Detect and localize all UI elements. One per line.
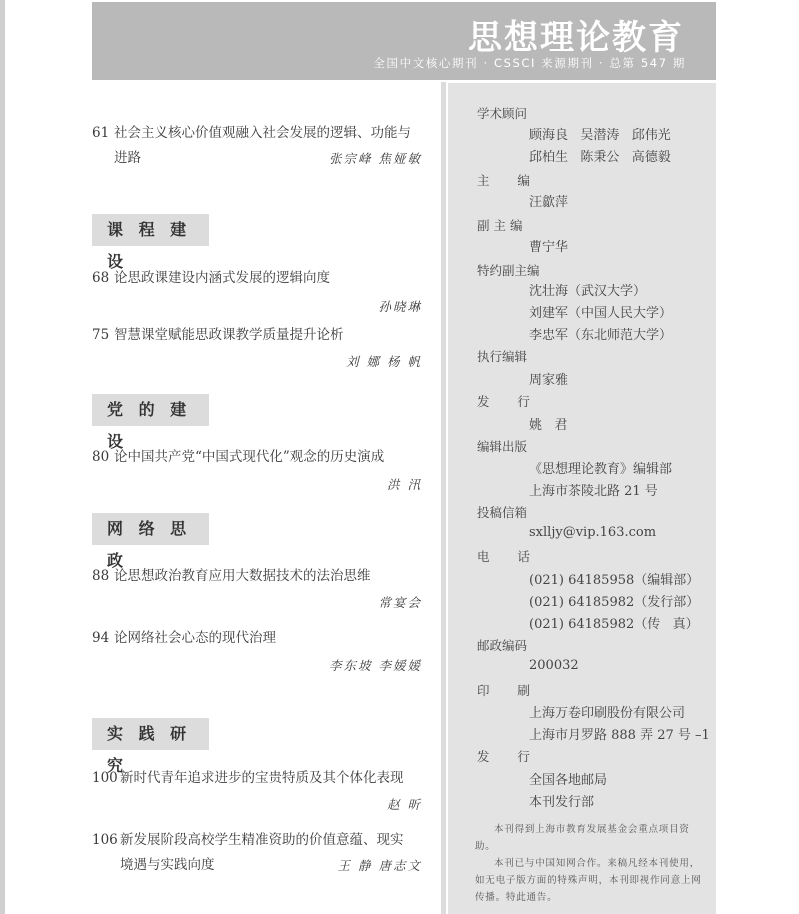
- postcode: 200032: [529, 658, 579, 673]
- notice-text: 本刊得到上海市教育发展基金会重点项目资助。 本刊已与中国知网合作。来稿凡经本刊使…: [475, 821, 703, 906]
- article-title: 新发展阶段高校学生精准资助的价值意蕴、现实: [120, 828, 434, 853]
- toc-article[interactable]: 68 论思政课建设内涵式发展的逻辑向度 孙晓琳: [92, 266, 428, 316]
- journal-title: 思想理论教育: [468, 10, 684, 59]
- article-page: 75: [92, 323, 109, 348]
- article-title: 社会主义核心价值观融入社会发展的逻辑、功能与: [114, 121, 428, 146]
- deputy-editor: 曹宁华: [529, 236, 568, 255]
- section-heading: 实 践 研 究: [92, 718, 209, 750]
- article-authors: 赵 昕: [387, 792, 422, 817]
- advisors-line: 顾海良 吴潜涛 邱伟光: [529, 124, 671, 143]
- article-authors: 王 静 唐志文: [338, 853, 422, 878]
- article-title-cont: 境遇与实践向度: [120, 853, 215, 878]
- article-page: 80: [92, 445, 109, 470]
- column-divider: [441, 82, 446, 914]
- advisors-line: 邱柏生 陈秉公 高德毅: [529, 146, 671, 165]
- article-page: 88: [92, 564, 109, 589]
- chief-editor: 汪歙萍: [529, 191, 568, 210]
- submission-email[interactable]: sxlljy@vip.163.com: [529, 525, 656, 540]
- edit-publish: 《思想理论教育》编辑部: [529, 458, 672, 477]
- page-edge: [0, 0, 5, 914]
- article-authors: 孙晓琳: [378, 294, 422, 319]
- table-of-contents: 61 社会主义核心价值观融入社会发展的逻辑、功能与 进路 张宗峰 焦娅敏 课 程…: [92, 80, 428, 914]
- toc-article[interactable]: 94 论网络社会心态的现代治理 李东坡 李媛媛: [92, 626, 428, 676]
- distribution: 本刊发行部: [529, 791, 594, 810]
- publisher-label: 发 行: [477, 392, 530, 410]
- article-title: 论思想政治教育应用大数据技术的法治思维: [114, 564, 428, 589]
- article-authors: 洪 汛: [387, 472, 422, 497]
- article-authors: 刘 娜 杨 帆: [346, 349, 422, 374]
- advisors-label: 学术顾问: [477, 104, 527, 122]
- exec-editor-label: 执行编辑: [477, 347, 527, 365]
- article-title: 新时代青年追求进步的宝贵特质及其个体化表现: [120, 766, 434, 791]
- edit-publish-label: 编辑出版: [477, 437, 527, 455]
- article-authors: 张宗峰 焦娅敏: [329, 146, 422, 171]
- toc-article[interactable]: 75 智慧课堂赋能思政课教学质量提升论析 刘 娜 杨 帆: [92, 323, 428, 373]
- journal-subtitle: 全国中文核心期刊 · CSSCI 来源期刊 · 总第 547 期: [373, 55, 686, 71]
- deputy-editor-label: 副 主 编: [477, 216, 522, 234]
- special-deputy-label: 特约副主编: [477, 261, 540, 279]
- notice-funding: 本刊得到上海市教育发展基金会重点项目资助。: [475, 821, 703, 855]
- article-page: 94: [92, 626, 109, 651]
- toc-article[interactable]: 106 新发展阶段高校学生精准资助的价值意蕴、现实 境遇与实践向度 王 静 唐志…: [92, 828, 428, 878]
- special-deputy: 李忠军（东北师范大学）: [529, 324, 672, 343]
- toc-article[interactable]: 88 论思想政治教育应用大数据技术的法治思维 常宴会: [92, 564, 428, 614]
- section-heading: 课 程 建 设: [92, 214, 209, 246]
- special-deputy: 刘建军（中国人民大学）: [529, 302, 672, 321]
- notice-cnki: 本刊已与中国知网合作。来稿凡经本刊使用，如无电子版方面的特殊声明，本刊即视作同意…: [475, 855, 703, 906]
- article-title: 论网络社会心态的现代治理: [114, 626, 428, 651]
- section-heading: 网 络 思 政: [92, 513, 209, 545]
- chief-editor-label: 主 编: [477, 171, 530, 189]
- article-page: 100: [92, 766, 118, 791]
- section-heading: 党 的 建 设: [92, 394, 209, 426]
- article-title-cont: 进路: [114, 146, 141, 171]
- submission-label: 投稿信箱: [477, 503, 527, 521]
- phone-number: (021) 64185982（传 真）: [529, 613, 699, 632]
- printer-address: 上海市月罗路 888 弄 27 号 –1: [529, 724, 710, 743]
- printer-label: 印 刷: [477, 681, 530, 699]
- article-title: 论中国共产党“中国式现代化”观念的历史演成: [114, 445, 428, 470]
- article-authors: 常宴会: [378, 590, 422, 615]
- publisher: 姚 君: [529, 414, 567, 433]
- phone-number: (021) 64185982（发行部）: [529, 591, 699, 610]
- phone-label: 电 话: [477, 547, 530, 565]
- toc-article[interactable]: 100 新时代青年追求进步的宝贵特质及其个体化表现 赵 昕: [92, 766, 428, 816]
- article-page: 68: [92, 266, 109, 291]
- masthead-panel: 学术顾问 顾海良 吴潜涛 邱伟光 邱柏生 陈秉公 高德毅 主 编 汪歙萍 副 主…: [448, 83, 716, 914]
- printer: 上海万卷印刷股份有限公司: [529, 702, 685, 721]
- article-authors: 李东坡 李媛媛: [329, 653, 422, 678]
- phone-number: (021) 64185958（编辑部）: [529, 569, 699, 588]
- toc-article[interactable]: 80 论中国共产党“中国式现代化”观念的历史演成 洪 汛: [92, 445, 428, 495]
- exec-editor: 周家雅: [529, 369, 568, 388]
- distribution-label: 发 行: [477, 747, 530, 765]
- article-page: 106: [92, 828, 118, 853]
- article-page: 61: [92, 121, 109, 146]
- edit-publish-address: 上海市茶陵北路 21 号: [529, 480, 658, 499]
- article-title: 论思政课建设内涵式发展的逻辑向度: [114, 266, 428, 291]
- distribution: 全国各地邮局: [529, 769, 607, 788]
- journal-banner: 思想理论教育 全国中文核心期刊 · CSSCI 来源期刊 · 总第 547 期: [92, 2, 716, 80]
- special-deputy: 沈壮海（武汉大学）: [529, 280, 646, 299]
- article-title: 智慧课堂赋能思政课教学质量提升论析: [114, 323, 428, 348]
- postcode-label: 邮政编码: [477, 636, 527, 654]
- toc-article[interactable]: 61 社会主义核心价值观融入社会发展的逻辑、功能与 进路 张宗峰 焦娅敏: [92, 121, 428, 171]
